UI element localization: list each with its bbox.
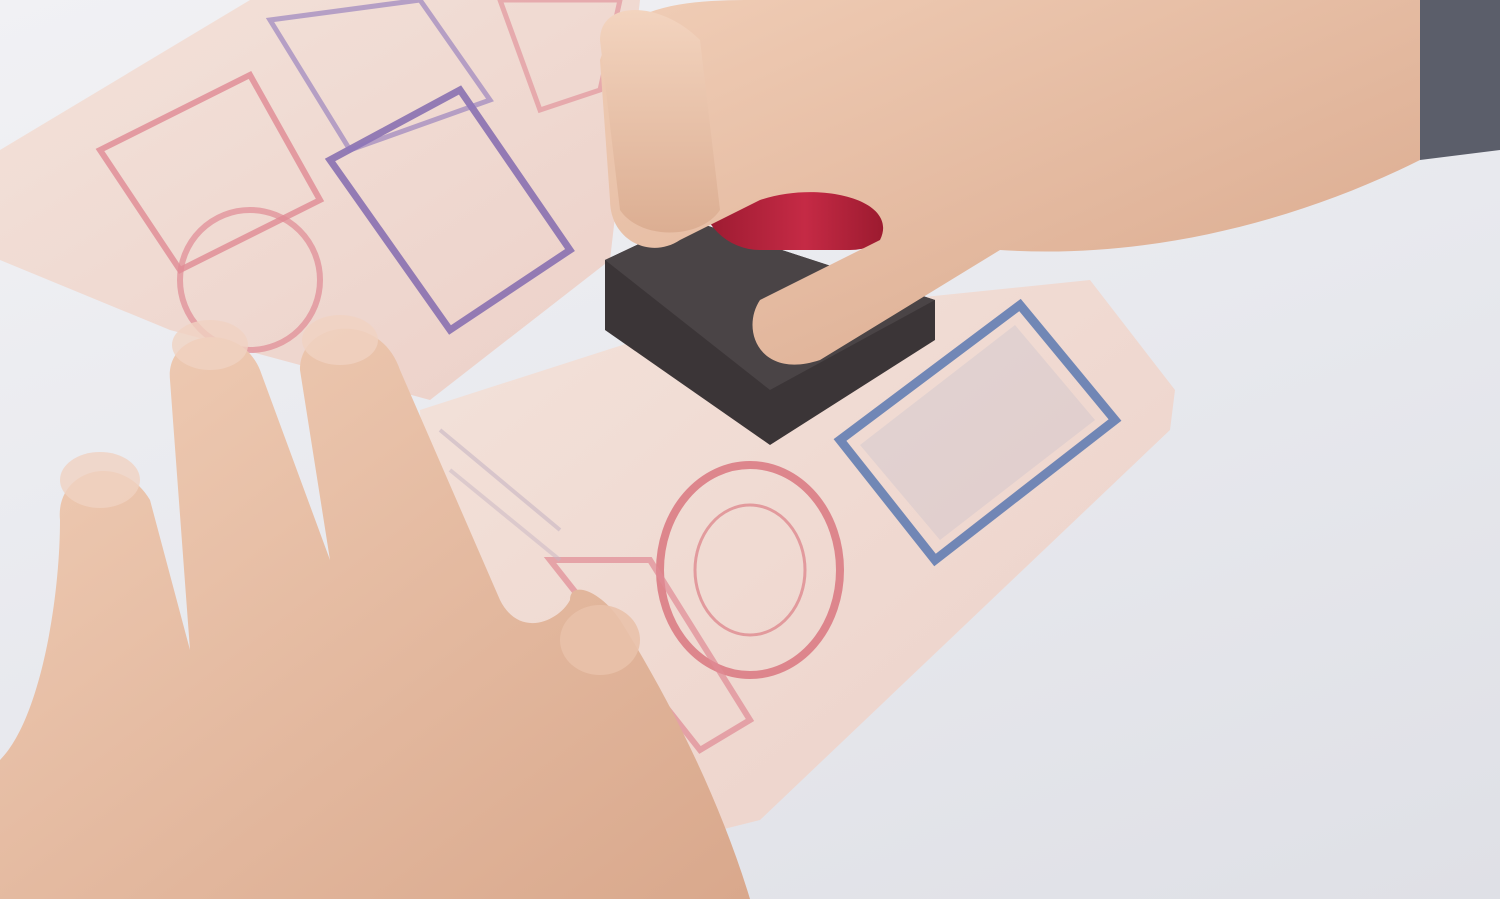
photo-scene — [0, 0, 1500, 899]
scene-illustration — [0, 0, 1500, 899]
